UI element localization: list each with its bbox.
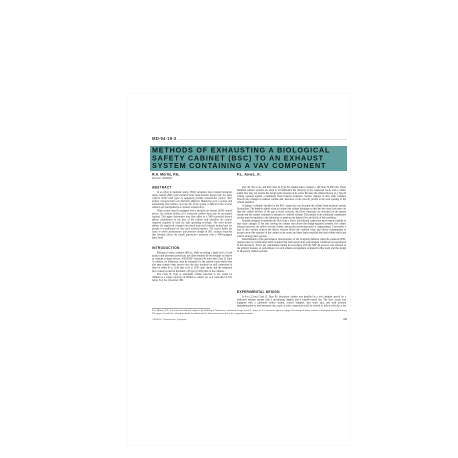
abstract-paragraph: When a fume hood is equipped with a vari… (152, 209, 232, 239)
page-footer: ASHRAE Transactions: Symposia 449 (152, 318, 347, 321)
dotted-leader-line (178, 140, 347, 141)
right-column: duct 30 cfm of air, and that Class II, T… (237, 186, 346, 308)
body-paragraph: Determination of the performance charact… (237, 238, 346, 253)
author-name-left: R.A. Morris, P.E. (152, 172, 180, 177)
paper-title-line-3: SYSTEM CONTAINING A VAV COMPONENT (152, 163, 345, 171)
experimental-design-text-block: A 4-ft (1.2-m) Class II, Type B2 laborat… (237, 296, 346, 309)
paper-title-highlight: METHODS OF EXHAUSTING A BIOLOGICAL SAFET… (150, 146, 347, 171)
author-affiliation-left: Member ASHRAE (152, 177, 180, 180)
footnote-rule (152, 308, 210, 309)
section-heading-experimental-design: EXPERIMENTAL DESIGN (237, 291, 346, 295)
author-block-right: P.L. Jones, Jr. (237, 172, 261, 177)
body-paragraph: Biological safety cabinets (BSCs), while… (152, 252, 232, 273)
body-paragraph: A damper or thimble installed at the BSC… (237, 204, 346, 219)
section-heading-abstract: ABSTRACT (152, 186, 232, 190)
footer-page-number: 449 (343, 318, 347, 321)
author-footnote: R.A. Morris, P.E., is a senior mechanica… (152, 308, 347, 316)
abstract-text-block: In an effort to maintain safety, HVAC de… (152, 191, 232, 244)
body-paragraph: The Class B, Type A abatement cabinet se… (152, 273, 232, 282)
document-code: MD-94-19-3 (152, 136, 176, 141)
author-name-right: P.L. Jones, Jr. (237, 172, 261, 177)
left-column: ABSTRACT In an effort to maintain safety… (152, 186, 232, 308)
paper-page-screenshot: MD-94-19-3 METHODS OF EXHAUSTING A BIOLO… (0, 0, 458, 458)
body-paragraph: Systems designed to maintain the flow fr… (237, 220, 346, 238)
body-paragraph: duct 30 cfm of air, and that Class II, T… (237, 186, 346, 204)
abstract-paragraph: In an effort to maintain safety, HVAC de… (152, 191, 232, 209)
introduction-text-block: Biological safety cabinets (BSCs), while… (152, 252, 232, 308)
document-code-row: MD-94-19-3 (152, 136, 347, 141)
footnote-text: R.A. Morris, P.E., is a senior mechanica… (152, 310, 347, 316)
footer-journal-label: ASHRAE Transactions: Symposia (152, 319, 186, 322)
right-column-text-block: duct 30 cfm of air, and that Class II, T… (237, 186, 346, 288)
author-block-left: R.A. Morris, P.E. Member ASHRAE (152, 172, 180, 180)
section-heading-introduction: INTRODUCTION (152, 247, 232, 251)
body-paragraph: A 4-ft (1.2-m) Class II, Type B2 laborat… (237, 296, 346, 309)
